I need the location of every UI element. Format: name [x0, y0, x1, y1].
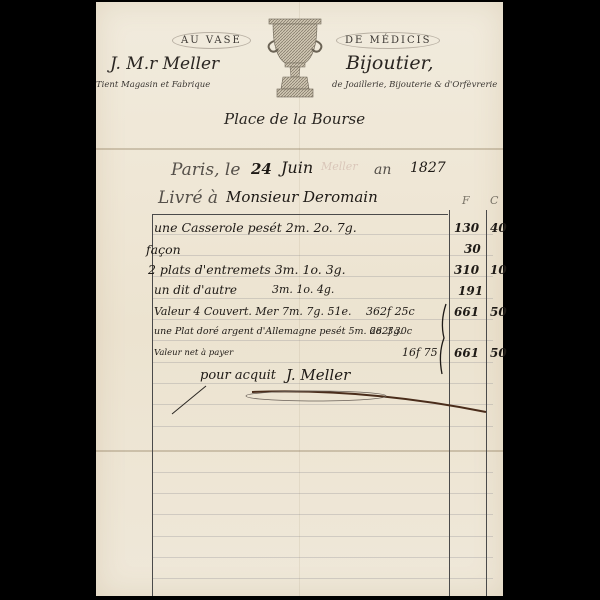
- line-item-description: façon: [146, 242, 181, 257]
- medici-vase-icon: [265, 17, 325, 103]
- ruled-line: [152, 578, 493, 579]
- line-item-francs: 30: [464, 242, 481, 256]
- line-item-francs: 661: [454, 305, 479, 319]
- line-item-subtotal: 16f 75: [402, 346, 438, 359]
- line-item-centimes: 50: [490, 305, 507, 319]
- ruled-line: [152, 472, 493, 473]
- proprietor-name: J. M.r Meller: [110, 54, 219, 74]
- delivered-to-prefix: Livré à: [158, 188, 218, 208]
- line-item-francs: 130: [454, 221, 479, 235]
- line-item-centimes: 40: [490, 221, 507, 235]
- date-city: Paris, le: [171, 160, 240, 180]
- bracket-brace-icon: [434, 302, 450, 376]
- acquittal-text: pour acquit: [200, 368, 276, 383]
- line-item-description: Valeur 4 Couvert. Mer: [154, 305, 278, 318]
- date-year: 1827: [410, 160, 446, 176]
- shop-address: Place de la Bourse: [224, 110, 365, 128]
- ruled-line: [152, 426, 493, 427]
- line-item-weight: 7m. 7g. 51e.: [282, 305, 351, 318]
- line-item-description: une Casserole pesét 2m. 2o. 7g.: [154, 220, 357, 235]
- line-item-weight: 3m. 1o. 4g.: [272, 283, 334, 296]
- shop-sign-right: DE MÉDICIS: [336, 32, 440, 49]
- bracket-top-line: [152, 214, 448, 215]
- line-item-subtotal: 362f 25c: [366, 305, 415, 318]
- shop-sign-left: AU VASE: [172, 32, 251, 49]
- ruled-line: [152, 298, 493, 299]
- ruled-line: [152, 493, 493, 494]
- trade-title: Bijoutier,: [346, 52, 434, 74]
- ruled-line: [152, 514, 493, 515]
- bleed-through-text: Meller: [321, 160, 358, 173]
- signature-flourish-icon: [166, 382, 496, 422]
- line-item-centimes: 10: [490, 263, 507, 277]
- invoice-paper: AU VASE DE MÉDICIS J. M.r Meller Bijouti…: [96, 2, 503, 596]
- line-item-description: une Plat doré argent d'Allemagne pesét 5…: [154, 326, 402, 337]
- date-year-prefix: an: [374, 162, 391, 178]
- ruled-line: [152, 536, 493, 537]
- line-item-description: 2 plats d'entremets 3m. 1o. 3g.: [148, 262, 346, 277]
- business-line-left: Tient Magasin et Fabrique: [96, 80, 210, 90]
- centimes-header: C: [490, 194, 498, 207]
- date-day: 24: [251, 160, 272, 178]
- line-item-subtotal: 282f 30c: [370, 326, 412, 337]
- line-item-francs: 310: [454, 263, 479, 277]
- ruled-line: [152, 557, 493, 558]
- line-item-francs: 191: [458, 284, 483, 298]
- business-line-right: de Joaillerie, Bijouterie & d'Orfèvrerie: [332, 80, 497, 90]
- line-item-description: Valeur net à payer: [154, 348, 233, 358]
- francs-header: F: [462, 194, 470, 207]
- total-centimes: 50: [490, 346, 507, 360]
- ruled-line: [152, 255, 493, 256]
- line-item-description: un dit d'autre: [154, 283, 237, 297]
- recipient-name: Monsieur Deromain: [226, 188, 378, 206]
- total-francs: 661: [454, 346, 479, 360]
- date-month: Juin: [281, 158, 313, 177]
